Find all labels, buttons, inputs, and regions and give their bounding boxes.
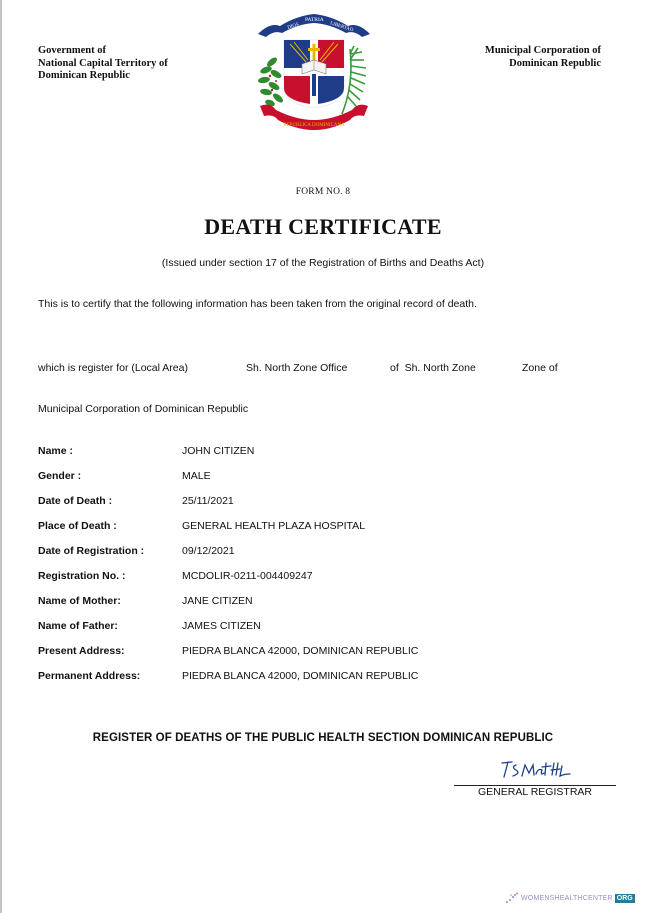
field-label: Date of Registration : bbox=[38, 545, 144, 557]
field-value: MCDOLIR-0211-004409247 bbox=[182, 570, 313, 582]
local-area-suffix: Zone of bbox=[522, 362, 558, 374]
form-number: FORM NO. 8 bbox=[0, 187, 646, 197]
header-left-line-1: Government of bbox=[38, 45, 168, 58]
register-title: REGISTER OF DEATHS OF THE PUBLIC HEALTH … bbox=[0, 732, 646, 744]
watermark-text: WOMENSHEALTHCENTER bbox=[521, 895, 613, 902]
header-government: Government of National Capital Territory… bbox=[38, 45, 168, 83]
field-label: Name of Mother: bbox=[38, 595, 121, 607]
watermark-org-badge: ORG bbox=[615, 894, 635, 903]
dominican-coat-of-arms-icon: DIOS PATRIA LIBERTAD bbox=[250, 4, 378, 134]
field-value: 09/12/2021 bbox=[182, 545, 235, 557]
field-label: Permanent Address: bbox=[38, 670, 140, 682]
field-label: Name of Father: bbox=[38, 620, 118, 632]
header-left-line-2: National Capital Territory of bbox=[38, 58, 168, 71]
watermark: WOMENSHEALTHCENTER ORG bbox=[505, 892, 635, 904]
field-value: JOHN CITIZEN bbox=[182, 445, 254, 457]
field-label: Name : bbox=[38, 445, 73, 457]
local-area-prefix: which is register for (Local Area) bbox=[38, 362, 188, 374]
document-title: DEATH CERTIFICATE bbox=[0, 214, 646, 240]
header-right-line-1: Municipal Corporation of bbox=[478, 45, 601, 58]
svg-text:REPUBLICA DOMINICANA: REPUBLICA DOMINICANA bbox=[283, 123, 345, 128]
field-label: Place of Death : bbox=[38, 520, 117, 532]
field-label: Date of Death : bbox=[38, 495, 112, 507]
watermark-dots-icon bbox=[505, 892, 519, 904]
field-value: MALE bbox=[182, 470, 211, 482]
local-area-continuation: Municipal Corporation of Dominican Repub… bbox=[38, 403, 248, 415]
header-left-line-3: Dominican Republic bbox=[38, 70, 168, 83]
local-area-zone: of Sh. North Zone bbox=[390, 362, 476, 374]
field-label: Registration No. : bbox=[38, 570, 126, 582]
field-label: Gender : bbox=[38, 470, 81, 482]
signature-icon bbox=[498, 757, 574, 781]
local-area-office: Sh. North Zone Office bbox=[246, 362, 347, 374]
field-value: PIEDRA BLANCA 42000, DOMINICAN REPUBLIC bbox=[182, 670, 418, 682]
field-value: 25/11/2021 bbox=[182, 495, 234, 507]
header-municipal-corporation: Municipal Corporation of Dominican Repub… bbox=[478, 45, 601, 70]
certification-statement: This is to certify that the following in… bbox=[38, 298, 477, 310]
field-value: JANE CITIZEN bbox=[182, 595, 253, 607]
signature-label: GENERAL REGISTRAR bbox=[454, 786, 616, 798]
header-right-line-2: Dominican Republic bbox=[478, 58, 601, 71]
svg-text:PATRIA: PATRIA bbox=[305, 17, 324, 23]
page-left-border bbox=[0, 0, 2, 913]
field-value: GENERAL HEALTH PLAZA HOSPITAL bbox=[182, 520, 365, 532]
document-subtitle: (Issued under section 17 of the Registra… bbox=[0, 257, 646, 269]
field-value: PIEDRA BLANCA 42000, DOMINICAN REPUBLIC bbox=[182, 645, 418, 657]
field-label: Present Address: bbox=[38, 645, 125, 657]
field-value: JAMES CITIZEN bbox=[182, 620, 261, 632]
